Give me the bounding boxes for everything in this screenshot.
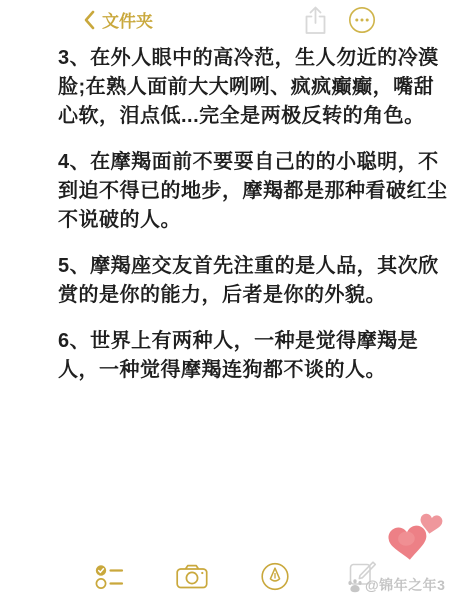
note-paragraph-5: 5、摩羯座交友首先注重的是人品，其次欣 赏的是你的能力，后者是你的外貌。 [58,252,434,310]
checklist-icon [94,563,124,591]
share-icon [303,5,328,36]
note-paragraph-3: 3、在外人眼中的高冷范，生人勿近的冷漠 脸;在熟人面前大大咧咧、疯疯癫癫，嘴甜 … [58,44,434,131]
note-line: 不说破的人。 [58,209,181,231]
ellipsis-circle-icon [348,6,376,34]
note-paragraph-4: 4、在摩羯面前不要耍自己的的小聪明，不 到迫不得已的地步，摩羯都是那种看破红尘 … [58,148,434,235]
notes-app-screen: 文件夹 3、在外人眼中 [0,0,449,600]
top-navigation-bar: 文件夹 [0,0,449,40]
back-to-folder-button[interactable]: 文件夹 [83,7,153,32]
note-text-area[interactable]: 3、在外人眼中的高冷范，生人勿近的冷漠 脸;在熟人面前大大咧咧、疯疯癫癫，嘴甜 … [58,44,434,402]
watermark-text: @锦年之年3 [365,575,445,595]
note-line: 赏的是你的能力，后者是你的外貌。 [58,284,386,306]
markup-pen-icon [260,562,290,591]
note-line: 4、在摩羯面前不要耍自己的的小聪明，不 [58,151,439,173]
note-line: 6、世界上有两种人，一种是觉得摩羯是 [58,330,418,352]
note-line: 5、摩羯座交友首先注重的是人品，其次欣 [58,255,439,277]
share-button[interactable] [302,4,328,36]
paw-icon [347,578,363,593]
note-line: 3、在外人眼中的高冷范，生人勿近的冷漠 [58,47,439,69]
more-options-button[interactable] [348,6,376,34]
watermark: @锦年之年3 [347,575,445,595]
camera-button[interactable] [176,564,208,589]
camera-icon [176,564,208,589]
back-button-label: 文件夹 [102,7,153,32]
chevron-left-icon [83,10,95,30]
note-line: 人，一种觉得摩羯连狗都不谈的人。 [58,359,386,381]
note-line: 脸;在熟人面前大大咧咧、疯疯癫癫，嘴甜 [58,76,434,98]
heart-decoration-small [418,511,443,535]
note-line: 到迫不得已的地步，摩羯都是那种看破红尘 [58,180,448,202]
note-paragraph-6: 6、世界上有两种人，一种是觉得摩羯是 人，一种觉得摩羯连狗都不谈的人。 [58,327,434,385]
checklist-button[interactable] [94,563,124,591]
note-line: 心软，泪点低...完全是两极反转的角色。 [58,105,425,127]
markup-button[interactable] [260,562,290,591]
